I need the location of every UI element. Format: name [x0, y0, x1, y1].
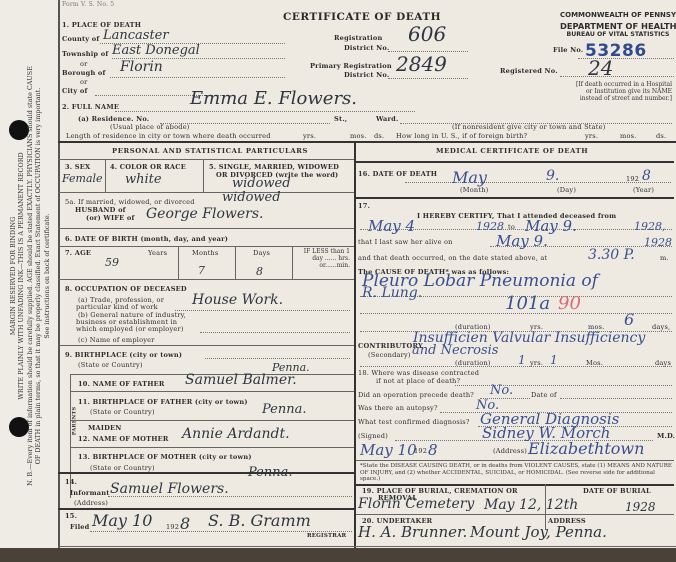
mother-name-field[interactable]: Annie Ardandt. — [182, 426, 290, 442]
death-year-field[interactable]: 8 — [642, 168, 651, 184]
cause-code-red: 90 — [558, 293, 581, 314]
undertaker-field[interactable]: H. A. Brunner. — [358, 523, 467, 541]
agency-line-1: COMMONWEALTH OF PENNSYLVANIA — [560, 11, 676, 19]
personal-section-title: PERSONAL AND STATISTICAL PARTICULARS — [112, 147, 308, 155]
hospital-note: [If death occurred in a Hospital or Inst… — [568, 81, 672, 102]
operation-date-field[interactable] — [560, 398, 672, 399]
county-field[interactable]: Lancaster — [103, 28, 169, 43]
filed-date-field[interactable]: May 10 — [92, 511, 152, 530]
death-certificate: MARGIN RESERVED FOR BINDING WRITE PLAINL… — [0, 0, 676, 548]
registration-district-field[interactable]: 606 — [408, 22, 446, 46]
township-field[interactable]: East Donegal — [112, 43, 200, 58]
last-saw-field[interactable]: May 9. — [496, 232, 548, 250]
burial-year-field[interactable]: 1928 — [625, 500, 656, 514]
contributory-yrs[interactable]: 1 — [518, 353, 526, 367]
attended-to-year[interactable]: 1928, — [634, 220, 666, 233]
full-name-label: 2. FULL NAME — [62, 103, 119, 111]
agency-line-3: BUREAU OF VITAL STATISTICS — [560, 31, 676, 38]
informant-field[interactable]: Samuel Flowers. — [110, 481, 229, 497]
burial-place-field[interactable]: Florin Cemetery — [358, 496, 474, 512]
spouse-name-field[interactable]: George Flowers. — [146, 206, 264, 222]
contributory-mos[interactable]: 1 — [550, 353, 558, 367]
signed-date-field[interactable]: May 10 — [360, 441, 417, 459]
contributory-line-2[interactable]: and Necrosis — [412, 343, 498, 358]
signed-year-field[interactable]: 8 — [428, 441, 438, 459]
last-saw-year[interactable]: 1928 — [644, 236, 672, 249]
age-days-field[interactable]: 8 — [256, 265, 263, 278]
spouse-status-field[interactable]: widowed — [222, 190, 281, 205]
death-time-field[interactable]: 3.30 P. — [588, 247, 635, 263]
cause-code: 101a — [505, 293, 550, 314]
margin-instructions: MARGIN RESERVED FOR BINDING WRITE PLAINL… — [9, 56, 51, 496]
cause-line-2-field[interactable]: R. Lung. — [362, 285, 422, 301]
primary-district-field[interactable]: 2849 — [396, 52, 447, 76]
marital-status-field[interactable]: widowed — [232, 176, 291, 191]
attended-from-field[interactable]: May 4 — [368, 217, 415, 235]
race-field[interactable]: white — [125, 172, 162, 187]
medical-section-title: MEDICAL CERTIFICATE OF DEATH — [436, 147, 588, 155]
operation-field[interactable]: No. — [490, 383, 513, 398]
footnote: *State the DISEASE CAUSING DEATH, or in … — [360, 463, 672, 483]
age-months-field[interactable]: 7 — [198, 264, 205, 277]
father-name-field[interactable]: Samuel Balmer. — [185, 372, 297, 388]
cause-duration-days[interactable]: 6 — [624, 310, 634, 329]
registered-number-field[interactable]: 24 — [588, 56, 613, 80]
disease-contracted-field[interactable] — [455, 385, 672, 386]
undertaker-address-field[interactable]: Mount Joy, Penna. — [470, 523, 607, 541]
death-month-field[interactable]: May — [452, 168, 487, 187]
full-name-field[interactable]: Emma E. Flowers. — [190, 88, 357, 109]
age-years-field[interactable]: 59 — [105, 256, 119, 269]
city-label: City of — [62, 87, 88, 95]
industry-field[interactable] — [200, 332, 350, 333]
county-label: County of — [62, 35, 99, 43]
certify-statement: I HEREBY CERTIFY, That I attended deceas… — [417, 212, 616, 220]
township-label: Township of — [62, 50, 108, 58]
registrar-signature[interactable]: S. B. Gramm — [208, 511, 311, 530]
borough-field[interactable]: Florin — [120, 59, 163, 75]
form-number: Form V. S. No. 5 — [62, 1, 114, 8]
death-day-field[interactable]: 9. — [546, 168, 559, 184]
agency-line-2: DEPARTMENT OF HEALTH — [560, 21, 676, 31]
binding-margin: MARGIN RESERVED FOR BINDING WRITE PLAINL… — [0, 0, 60, 548]
borough-label: Borough of — [62, 69, 106, 77]
sex-field[interactable]: Female — [62, 172, 103, 185]
occupation-field[interactable]: House Work. — [192, 292, 283, 308]
physician-address-field[interactable]: Elizabethtown — [528, 439, 644, 458]
filed-year-field[interactable]: 8 — [180, 514, 190, 533]
burial-date-field[interactable]: May 12, 12th — [484, 497, 578, 513]
father-birthplace-field[interactable]: Penna. — [262, 402, 306, 417]
scan-edge — [0, 548, 676, 562]
